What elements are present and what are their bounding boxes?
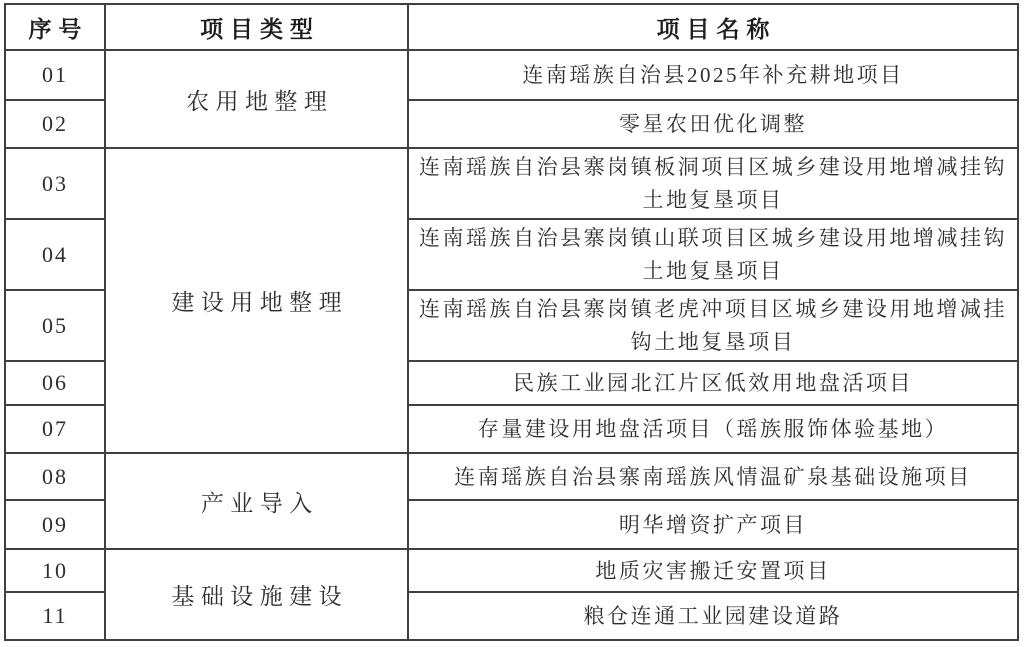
project-name-cell: 明华增资扩产项目 xyxy=(408,500,1018,549)
project-type-cell: 农用地整理 xyxy=(105,50,408,148)
project-type-cell: 基础设施建设 xyxy=(105,549,408,640)
row-number: 04 xyxy=(5,219,105,290)
row-number: 10 xyxy=(5,549,105,592)
project-type-cell: 建设用地整理 xyxy=(105,148,408,453)
table-row: 01 农用地整理 连南瑶族自治县2025年补充耕地项目 xyxy=(5,50,1018,100)
row-number: 03 xyxy=(5,148,105,219)
project-table: 序号 项目类型 项目名称 01 农用地整理 连南瑶族自治县2025年补充耕地项目… xyxy=(4,3,1019,641)
project-name-cell: 地质灾害搬迁安置项目 xyxy=(408,549,1018,592)
table-row: 10 基础设施建设 地质灾害搬迁安置项目 xyxy=(5,549,1018,592)
header-project-type: 项目类型 xyxy=(105,4,408,50)
row-number: 07 xyxy=(5,405,105,453)
row-number: 01 xyxy=(5,50,105,100)
project-name-cell: 民族工业园北江片区低效用地盘活项目 xyxy=(408,361,1018,405)
row-number: 08 xyxy=(5,453,105,500)
project-name-cell: 存量建设用地盘活项目（瑶族服饰体验基地） xyxy=(408,405,1018,453)
row-number: 05 xyxy=(5,290,105,361)
project-type-cell: 产业导入 xyxy=(105,453,408,549)
row-number: 09 xyxy=(5,500,105,549)
table-row: 08 产业导入 连南瑶族自治县寨南瑶族风情温矿泉基础设施项目 xyxy=(5,453,1018,500)
header-project-name: 项目名称 xyxy=(408,4,1018,50)
table-row: 03 建设用地整理 连南瑶族自治县寨岗镇板洞项目区城乡建设用地增减挂钩土地复垦项… xyxy=(5,148,1018,219)
table-header-row: 序号 项目类型 项目名称 xyxy=(5,4,1018,50)
project-name-cell: 连南瑶族自治县寨岗镇山联项目区城乡建设用地增减挂钩土地复垦项目 xyxy=(408,219,1018,290)
project-name-cell: 连南瑶族自治县2025年补充耕地项目 xyxy=(408,50,1018,100)
project-name-cell: 粮仓连通工业园建设道路 xyxy=(408,592,1018,640)
row-number: 11 xyxy=(5,592,105,640)
project-name-cell: 连南瑶族自治县寨岗镇板洞项目区城乡建设用地增减挂钩土地复垦项目 xyxy=(408,148,1018,219)
row-number: 06 xyxy=(5,361,105,405)
project-name-cell: 零星农田优化调整 xyxy=(408,100,1018,148)
row-number: 02 xyxy=(5,100,105,148)
project-name-cell: 连南瑶族自治县寨岗镇老虎冲项目区城乡建设用地增减挂钩土地复垦项目 xyxy=(408,290,1018,361)
project-name-cell: 连南瑶族自治县寨南瑶族风情温矿泉基础设施项目 xyxy=(408,453,1018,500)
header-serial-number: 序号 xyxy=(5,4,105,50)
